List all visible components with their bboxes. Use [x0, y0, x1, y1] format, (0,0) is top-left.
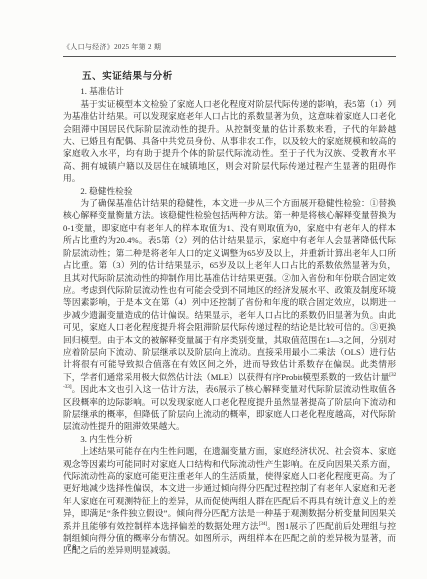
paragraph-text: 为了确保基准估计结果的稳健性，本文进一步从三个方面展开稳健性检验：①替换核心解释…	[63, 198, 396, 382]
page-number: ·78·	[63, 542, 81, 552]
citation-superscript: [34]	[259, 521, 267, 527]
paragraph-robustness-checks: 为了确保基准估计结果的稳健性，本文进一步从三个方面展开稳健性检验：①替换核心解释…	[63, 197, 396, 433]
document-page: 《人口与经济》2025 年第 2 期 五、实证结果与分析 1. 基准估计 基于实…	[0, 0, 427, 579]
section-title: 五、实证结果与分析	[63, 71, 396, 83]
paragraph-text: 上述结果可能存在内生性问题，在遗漏变量方面，家庭经济状况、社会资本、家庭观念等因…	[63, 446, 396, 530]
subsection-heading-endogeneity: 3. 内生性分析	[63, 433, 396, 445]
subsection-heading-baseline: 1. 基准估计	[63, 85, 396, 97]
paragraph-baseline-estimation: 基于实证模型本文检验了家庭人口老化程度对阶层代际传递的影响，表5第（1）列为基准…	[63, 98, 396, 185]
page-footer: ·78·	[63, 542, 81, 552]
subsection-heading-robustness: 2. 稳健性检验	[63, 185, 396, 197]
paragraph-endogeneity-analysis: 上述结果可能存在内生性问题，在遗漏变量方面，家庭经济状况、社会资本、家庭观念等因…	[63, 445, 396, 557]
header-divider	[63, 56, 396, 57]
journal-issue-label: 《人口与经济》2025 年第 2 期	[63, 43, 161, 51]
paragraph-text: 基于实证模型本文检验了家庭人口老化程度对阶层代际传递的影响，表5第（1）列为基准…	[63, 99, 396, 183]
paragraph-text: 。因此本文也引入这一估计方法，表6展示了核心解释变量对代际阶层流动性取值各区段概…	[63, 384, 396, 431]
journal-header: 《人口与经济》2025 年第 2 期	[63, 42, 396, 52]
